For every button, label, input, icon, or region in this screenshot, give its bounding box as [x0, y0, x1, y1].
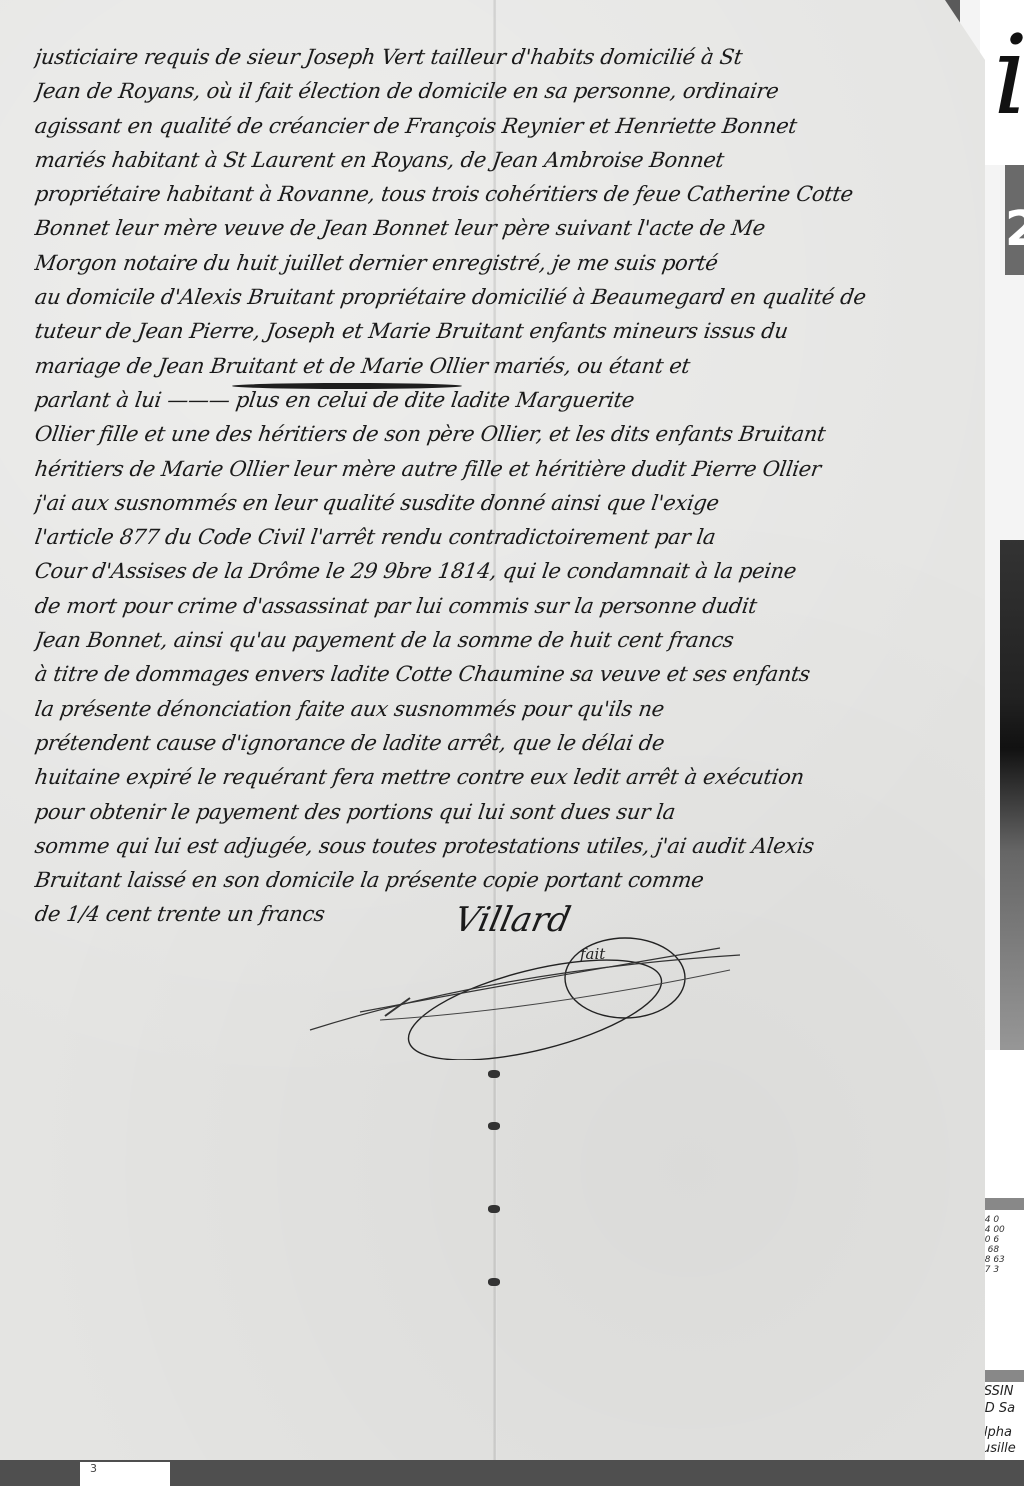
text-line: mariés habitant à St Laurent en Royans, …	[33, 143, 978, 177]
text-line: l'article 877 du Code Civil l'arrêt rend…	[33, 520, 978, 554]
text-line: j'ai aux susnommés en leur qualité susdi…	[33, 486, 978, 520]
signature: Villard	[451, 900, 574, 940]
text-line: mariage de Jean Bruitant et de Marie Oll…	[33, 349, 978, 383]
text-line: au domicile d'Alexis Bruitant propriétai…	[33, 280, 978, 314]
text-line: Ollier fille et une des héritiers de son…	[33, 417, 978, 451]
stitch-hole	[488, 1070, 500, 1078]
stitch-hole	[488, 1278, 500, 1286]
text-line: la présente dénonciation faite aux susno…	[33, 692, 978, 726]
text-line: prétendent cause d'ignorance de ladite a…	[33, 726, 978, 760]
text-line: pour obtenir le payement des portions qu…	[33, 795, 978, 829]
background-large-letter: i	[993, 20, 1024, 130]
ink-stroke	[232, 383, 462, 389]
text-line: à titre de dommages envers ladite Cotte …	[33, 657, 978, 691]
text-line: agissant en qualité de créancier de Fran…	[33, 109, 978, 143]
manuscript-page: justiciaire requis de sieur Joseph Vert …	[0, 0, 985, 1460]
background-photo	[1000, 540, 1024, 1060]
text-line: Jean de Royans, où il fait élection de d…	[33, 74, 978, 108]
text-line: héritiers de Marie Ollier leur mère autr…	[33, 452, 978, 486]
text-line: huitaine expiré le requérant fera mettre…	[33, 760, 978, 794]
stitch-hole	[488, 1205, 500, 1213]
text-line: Morgon notaire du huit juillet dernier e…	[33, 246, 978, 280]
stitch-hole	[488, 1122, 500, 1130]
text-line: Jean Bonnet, ainsi qu'au payement de la …	[33, 623, 978, 657]
background-digit: 2	[1005, 205, 1024, 253]
text-line: Bruitant laissé en son domicile la prése…	[33, 863, 978, 897]
text-line: parlant à lui ——— plus en celui de dite …	[33, 383, 978, 417]
text-line: somme qui lui est adjugée, sous toutes p…	[33, 829, 978, 863]
text-line: Cour d'Assises de la Drôme le 29 9bre 18…	[33, 554, 978, 588]
handwritten-text: justiciaire requis de sieur Joseph Vert …	[35, 40, 975, 932]
background-bottom-label: 3	[80, 1462, 170, 1486]
signature-suffix: fait	[580, 945, 605, 963]
text-line: tuteur de Jean Pierre, Joseph et Marie B…	[33, 314, 978, 348]
text-line: de mort pour crime d'assassinat par lui …	[33, 589, 978, 623]
text-line: justiciaire requis de sieur Joseph Vert …	[33, 40, 978, 74]
text-line: propriétaire habitant à Rovanne, tous tr…	[33, 177, 978, 211]
text-line: Bonnet leur mère veuve de Jean Bonnet le…	[33, 211, 978, 245]
